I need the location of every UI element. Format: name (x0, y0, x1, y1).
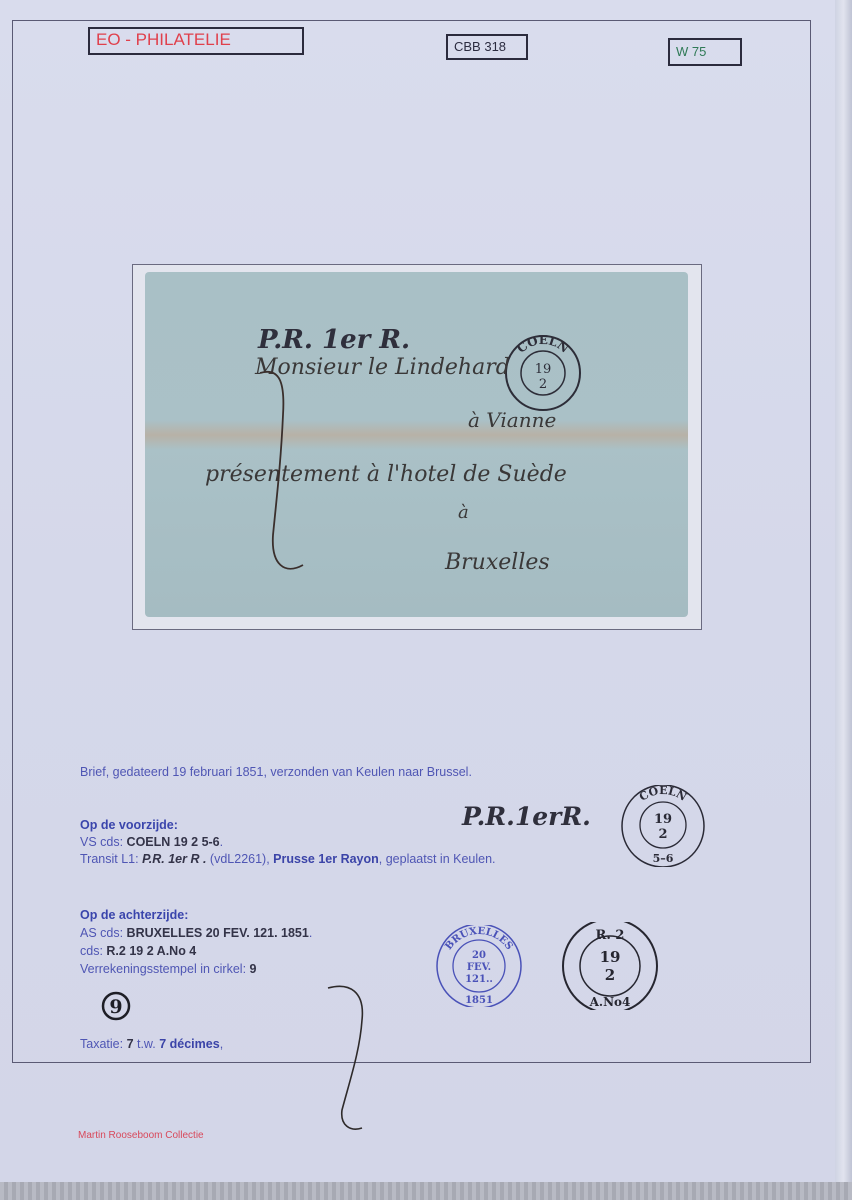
svg-text:R. 2: R. 2 (596, 928, 625, 943)
postal-cover (145, 272, 688, 617)
svg-text:19: 19 (600, 948, 621, 966)
illus-coeln-cds: COELN 19 2 5–6 (620, 785, 710, 867)
svg-text:1851: 1851 (465, 995, 493, 1006)
svg-text:2: 2 (539, 377, 547, 392)
svg-text:19: 19 (654, 812, 672, 827)
svg-text:2: 2 (658, 827, 667, 842)
svg-text:2: 2 (605, 966, 615, 984)
svg-text:19: 19 (535, 362, 552, 377)
back-as-line: AS cds: BRUXELLES 20 FEV. 121. 1851. (80, 926, 312, 940)
svg-text:BRUXELLES: BRUXELLES (443, 926, 514, 952)
front-transit-line: Transit L1: P.R. 1er R . (vdL2261), Prus… (80, 852, 496, 866)
cover-coeln-cds: COELN 19 2 (500, 330, 586, 416)
svg-text:121..: 121.. (465, 974, 493, 985)
address-line-4: à (458, 502, 469, 523)
front-heading: Op de voorzijde: (80, 818, 178, 832)
svg-text:FEV.: FEV. (467, 962, 491, 973)
illus-r2-cds: R. 2 19 2 A.No4 (560, 922, 660, 1010)
tax-line: Taxatie: 7 t.w. 7 décimes, (80, 1037, 223, 1051)
svg-text:9: 9 (109, 996, 122, 1018)
catalog-label: CBB 318 (446, 34, 528, 60)
cover-transit-stamp: P.R. 1er R. (258, 325, 410, 355)
back-cds-line: cds: R.2 19 2 A.No 4 (80, 944, 196, 958)
illus-pr-stamp: P.R.1erR. (462, 802, 591, 831)
svg-text:COELN: COELN (637, 785, 689, 804)
circle9-stamp: 9 (99, 990, 135, 1022)
intro-text: Brief, gedateerd 19 februari 1851, verzo… (80, 765, 472, 779)
back-verrek-line: Verrekeningsstempel in cirkel: 9 (80, 962, 256, 976)
brand-label: EO - PHILATELIE (88, 27, 304, 55)
back-heading: Op de achterzijde: (80, 908, 188, 922)
cover-tax-mark (255, 365, 355, 580)
front-cds-line: VS cds: COELN 19 2 5-6. (80, 835, 223, 849)
address-line-5: Bruxelles (445, 550, 550, 575)
illus-tax-mark (320, 980, 380, 1140)
sleeve-edge (835, 0, 852, 1200)
binder-edge (0, 1182, 852, 1200)
code-label: W 75 (668, 38, 742, 66)
address-line-2: à Vianne (468, 408, 556, 432)
svg-text:20: 20 (472, 950, 486, 961)
svg-text:COELN: COELN (514, 333, 571, 356)
footer-collection: Martin Rooseboom Collectie (78, 1130, 204, 1141)
illus-bruxelles-cds: BRUXELLES 20 FEV. 121.. 1851 (435, 925, 527, 1007)
svg-text:A.No4: A.No4 (589, 995, 631, 1009)
fold-stain (145, 420, 688, 450)
svg-text:5–6: 5–6 (653, 852, 674, 865)
